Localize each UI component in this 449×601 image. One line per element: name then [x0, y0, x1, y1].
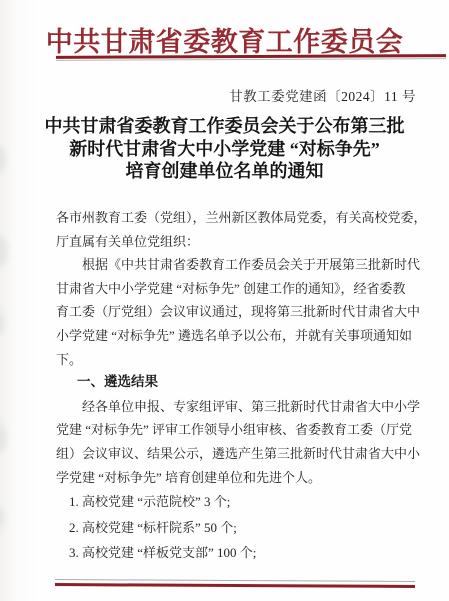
header-divider-rule: [56, 54, 446, 61]
document-title-line: 新时代甘肃省大中小学党建 “对标争先”: [15, 138, 434, 161]
body-text-line: 党建 “对标争先” 评审工作领导小组审核、省委教育工委（厅党: [56, 418, 422, 442]
document-title: 中共甘肃省委教育工作委员会关于公布第三批新时代甘肃省大中小学党建 “对标争先”培…: [15, 115, 434, 183]
body-text-line: 小学党建 “对标争先” 遴选名单予以公布，并就有关事项通知如: [56, 324, 422, 348]
footer-rule-shadow-line: [55, 579, 415, 582]
scan-artifact: [0, 236, 8, 266]
body-text-line: 厅直属有关单位党组织：: [56, 230, 422, 254]
body-text-line: 组）会议审议、结果公示，遴选产生第三批新时代甘肃省大中小: [56, 442, 422, 466]
document-title-line: 中共甘肃省委教育工作委员会关于公布第三批: [15, 115, 434, 138]
body-text-line: 一、遴选结果: [56, 371, 422, 395]
issuing-org-title: 中共甘肃省委教育工作委员会: [0, 20, 449, 59]
body-text-line: 根据《中共甘肃省委教育工作委员会关于开展第三批新时代: [56, 253, 422, 277]
body-text-line: 学党建 “对标争先” 培育创建单位和先进个人。: [56, 466, 422, 490]
body-text-line: 甘肃省大中小学党建 “对标争先” 创建工作的通知》，经省委教: [56, 277, 422, 301]
scan-artifact: [0, 508, 5, 528]
scan-artifact: [0, 146, 6, 172]
body-text-line: 经各单位申报、专家组评审、第三批新时代甘肃省大中小学: [56, 395, 422, 419]
footer-divider-rule: [55, 579, 415, 587]
document-title-line: 培育创建单位名单的通知: [15, 160, 434, 183]
body-text-line: 1. 高校党建 “示范院校” 3 个;: [56, 489, 422, 514]
document-body: 各市州教育工委（党组），兰州新区教体局党委，有关高校党委，厅直属有关单位党组织：…: [56, 206, 422, 565]
body-text-line: 下。: [56, 348, 422, 372]
body-text-line: 各市州教育工委（党组），兰州新区教体局党委，有关高校党委，: [56, 206, 422, 230]
scan-artifact: [0, 424, 7, 452]
body-text-line: 2. 高校党建 “标杆院系” 50 个;: [56, 515, 422, 540]
body-text-line: 育工委（厅党组）会议审议通过，现将第三批新时代甘肃省大中: [56, 300, 422, 324]
body-text-line: 3. 高校党建 “样板党支部” 100 个;: [56, 540, 422, 565]
scan-artifact: [0, 312, 5, 334]
scanned-document-page: 中共甘肃省委教育工作委员会 甘教工委党建函〔2024〕11 号 中共甘肃省委教育…: [0, 0, 449, 601]
footer-rule-red-line: [55, 583, 415, 587]
header-rule-shadow-line: [56, 58, 446, 61]
document-reference-number: 甘教工委党建函〔2024〕11 号: [229, 85, 416, 105]
